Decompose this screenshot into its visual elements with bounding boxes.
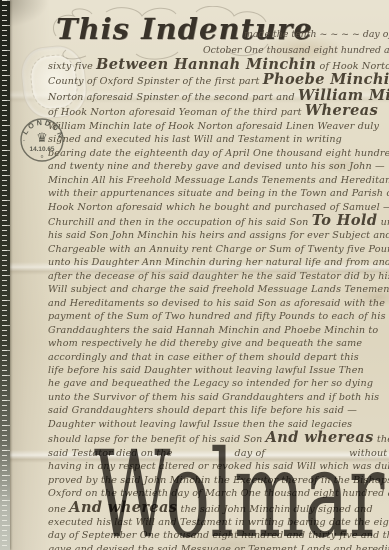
manuscript-text: payment of the Sum of Two hundred and fi… — [48, 311, 386, 322]
manuscript-line: of Hook Norton aforesaid Yeoman of the t… — [48, 104, 389, 119]
scanned-indenture-document: LONDON ♛ 14.10.65 · · o This Indenture m… — [0, 0, 389, 550]
header-made-line: made the tenth ~ ~ ~ ~ day of — [244, 29, 389, 41]
manuscript-line: one And whereas the said John Minchin du… — [48, 501, 389, 516]
emphasized-phrase: And whereas — [69, 499, 177, 516]
emphasized-phrase: Phoebe Minchin — [263, 71, 389, 88]
manuscript-line: Granddaughters the said Hannah Minchin a… — [48, 324, 389, 337]
manuscript-line: unto his Daughter Ann Minchin during her… — [48, 256, 389, 269]
manuscript-text: with their appurtenances situate and bei… — [48, 188, 389, 199]
manuscript-line: William Minchin late of Hook Norton afor… — [48, 120, 389, 133]
manuscript-text: the — [374, 434, 389, 445]
manuscript-text: accordingly and that in case either of t… — [48, 352, 359, 363]
manuscript-text: Granddaughters the said Hannah Minchin a… — [48, 325, 378, 336]
manuscript-text: unto the Survivor of them his said Grand… — [48, 392, 379, 403]
manuscript-line: Will subject and charge the said freehol… — [48, 283, 389, 296]
manuscript-text: one — [48, 504, 69, 515]
manuscript-text: sixty five — [48, 61, 96, 72]
manuscript-line: proved by the said John Minchin the Exec… — [48, 474, 389, 487]
manuscript-line: his said Son John Minchin his heirs and … — [48, 229, 389, 242]
blank-gap — [173, 455, 235, 456]
manuscript-line: signed and executed his last Will and Te… — [48, 133, 389, 146]
manuscript-text: Chargeable with an Annuity rent Charge o… — [48, 244, 389, 255]
manuscript-text: gave and devised the said Messuage or Te… — [48, 544, 389, 550]
manuscript-text: after the decease of his said daughter h… — [48, 271, 389, 282]
manuscript-text: William Minchin late of Hook Norton afor… — [48, 121, 379, 132]
manuscript-line: gave and devised the said Messuage or Te… — [48, 543, 389, 550]
manuscript-line: and Hereditaments so devised to his said… — [48, 297, 389, 310]
manuscript-line: life before his said Daughter without le… — [48, 364, 389, 377]
manuscript-text: should lapse for the benefit of his said… — [48, 434, 266, 445]
manuscript-text: without — [349, 448, 387, 459]
blank-gap — [265, 455, 349, 456]
manuscript-text: Will subject and charge the said freehol… — [48, 284, 389, 295]
manuscript-line: Churchill and then in the occupation of … — [48, 214, 389, 229]
manuscript-text: having in any respect altered or revoked… — [48, 461, 389, 472]
manuscript-text: said Testator died on the — [48, 448, 173, 459]
manuscript-line: day of September One thousand eight hund… — [48, 529, 389, 542]
measuring-ruler — [0, 0, 10, 550]
manuscript-line: accordingly and that in case either of t… — [48, 351, 389, 364]
manuscript-text: day of September One thousand eight hund… — [48, 530, 389, 541]
manuscript-text: signed and executed his last Will and Te… — [48, 134, 342, 145]
manuscript-text: bearing date the eighteenth day of April… — [48, 148, 389, 159]
manuscript-text: Oxford on the twentieth day of March One… — [48, 488, 389, 499]
manuscript-text: Daughter without leaving lawful Issue th… — [48, 419, 352, 430]
manuscript-text: said Granddaughters should depart this l… — [48, 405, 357, 416]
manuscript-line: executed his last Will and Testament in … — [48, 516, 389, 529]
manuscript-line: should lapse for the benefit of his said… — [48, 431, 389, 446]
manuscript-text: the said John Minchin duly signed and — [177, 504, 372, 515]
manuscript-text: Norton aforesaid Spinster of the second … — [48, 92, 298, 103]
manuscript-text: Churchill and then in the occupation of … — [48, 217, 312, 228]
manuscript-line: whom respectively he did thereby give an… — [48, 337, 389, 350]
manuscript-line: Chargeable with an Annuity rent Charge o… — [48, 243, 389, 256]
manuscript-text: life before his said Daughter without le… — [48, 365, 364, 376]
manuscript-text: Hook Norton aforesaid which he bought an… — [48, 202, 389, 213]
emphasized-phrase: To Hold — [312, 212, 378, 229]
emphasized-phrase: Between Hannah Minchin — [96, 56, 316, 73]
manuscript-text: unto his Daughter Ann Minchin during her… — [48, 257, 389, 268]
crown-icon: ♛ — [36, 131, 48, 146]
manuscript-line: after the decease of his said daughter h… — [48, 270, 389, 283]
manuscript-line: Minchin All his Freehold Messuage Lands … — [48, 174, 389, 187]
manuscript-line: unto the Survivor of them his said Grand… — [48, 391, 389, 404]
manuscript-text: County of Oxford Spinster of the first p… — [48, 76, 263, 87]
manuscript-line: said Testator died on theday ofwithout — [48, 447, 389, 460]
manuscript-text: proved by the said John Minchin the Exec… — [48, 475, 389, 486]
emphasized-phrase: William Minchin — [298, 87, 389, 104]
emphasized-phrase: Whereas — [305, 102, 378, 119]
manuscript-text: executed his last Will and Testament in … — [48, 517, 389, 528]
manuscript-text: whom respectively he did thereby give an… — [48, 338, 362, 349]
stamp-bottom-mark: o — [41, 154, 44, 160]
manuscript-line: and twenty nine and thereby gave and dev… — [48, 160, 389, 173]
manuscript-text: Minchin All his Freehold Messuage Lands … — [48, 175, 389, 186]
manuscript-text: of Hook Norton aforesaid Yeoman of the t… — [48, 107, 305, 118]
manuscript-text: he gave and bequeathed the Legacy so int… — [48, 378, 373, 389]
emphasized-phrase: And whereas — [266, 429, 374, 446]
manuscript-body: sixty five Between Hannah Minchin of Hoo… — [48, 58, 389, 550]
manuscript-text: day of — [235, 448, 266, 459]
manuscript-text: and twenty nine and thereby gave and dev… — [48, 161, 385, 172]
manuscript-text: his said Son John Minchin his heirs and … — [48, 230, 389, 241]
stamp-left-dot: · — [23, 137, 25, 145]
manuscript-line: payment of the Sum of Two hundred and fi… — [48, 310, 389, 323]
manuscript-line: said Granddaughters should depart this l… — [48, 404, 389, 417]
manuscript-line: he gave and bequeathed the Legacy so int… — [48, 377, 389, 390]
manuscript-text: unto him — [377, 217, 389, 228]
manuscript-line: having in any respect altered or revoked… — [48, 460, 389, 473]
manuscript-text: of Hook Norton in the — [316, 61, 389, 72]
manuscript-line: with their appurtenances situate and bei… — [48, 187, 389, 200]
manuscript-text: and Hereditaments so devised to his said… — [48, 298, 385, 309]
manuscript-line: bearing date the eighteenth day of April… — [48, 147, 389, 160]
